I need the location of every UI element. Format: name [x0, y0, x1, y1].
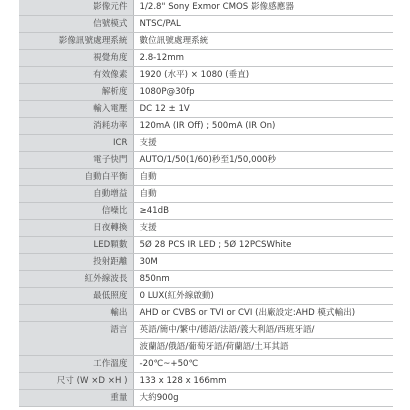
spec-row-image-sensor: 影像元件 1/2.8" Sony Exmor CMOS 影像感應器	[19, 0, 393, 16]
spec-value: NTSC/PAL	[133, 16, 393, 33]
spec-label: LED顆數	[19, 237, 133, 254]
spec-value: 2.8-12mm	[133, 50, 393, 67]
spec-label: 最低照度	[19, 288, 133, 305]
spec-value: -20℃~+50℃	[133, 356, 393, 373]
spec-value: 850nm	[133, 271, 393, 288]
spec-row-electronic-shutter: 電子快門 AUTO/1/50(1/60)秒至1/50,000秒	[19, 152, 393, 169]
spec-label: 紅外線波長	[19, 271, 133, 288]
spec-label: 輸出	[19, 305, 133, 322]
spec-label: 投射距離	[19, 254, 133, 271]
spec-value: 30M	[133, 254, 393, 271]
spec-value: 1/2.8" Sony Exmor CMOS 影像感應器	[133, 0, 393, 16]
spec-row-view-angle: 視覺角度 2.8-12mm	[19, 50, 393, 67]
spec-label: 自動白平衡	[19, 169, 133, 186]
spec-label: 尺寸 (W ×D ×H )	[19, 373, 133, 390]
spec-table: 影像元件 1/2.8" Sony Exmor CMOS 影像感應器 信號模式 N…	[19, 0, 393, 407]
spec-value: AHD or CVBS or TVI or CVI (出廠設定:AHD 模式輸出…	[133, 305, 393, 322]
spec-value: 0 LUX(紅外線啟動)	[133, 288, 393, 305]
spec-row-icr: ICR 支援	[19, 135, 393, 152]
spec-label: 有效像素	[19, 67, 133, 84]
spec-label: 影像訊號處理系統	[19, 33, 133, 50]
spec-row-min-illumination: 最低照度 0 LUX(紅外線啟動)	[19, 288, 393, 305]
spec-value: DC 12 ± 1V	[133, 101, 393, 118]
spec-value-line-1: 英語/簡中/繁中/德語/法語/義大利語/西班牙語/	[133, 322, 393, 339]
spec-row-auto-gain: 自動增益 自動	[19, 186, 393, 203]
spec-label: 信噪比	[19, 203, 133, 220]
spec-value: 支援	[133, 135, 393, 152]
spec-value: 自動	[133, 186, 393, 203]
spec-label: 電子快門	[19, 152, 133, 169]
spec-value: 1080P@30fp	[133, 84, 393, 101]
spec-label: 影像元件	[19, 0, 133, 16]
spec-row-snr: 信噪比 ≥41dB	[19, 203, 393, 220]
spec-value-line-2: 波蘭語/俄語/葡萄牙語/荷蘭語/土耳其語	[133, 339, 393, 356]
spec-row-output: 輸出 AHD or CVBS or TVI or CVI (出廠設定:AHD 模…	[19, 305, 393, 322]
spec-label: 解析度	[19, 84, 133, 101]
spec-label: 消耗功率	[19, 118, 133, 135]
spec-value: 大約900g	[133, 390, 393, 407]
spec-value: 1920 (水平) × 1080 (垂直)	[133, 67, 393, 84]
spec-label: 輸入電壓	[19, 101, 133, 118]
spec-row-weight: 重量 大約900g	[19, 390, 393, 407]
spec-label: 語言	[19, 322, 133, 356]
spec-value: 120mA (IR Off) ; 500mA (IR On)	[133, 118, 393, 135]
spec-value: 數位訊號處理系統	[133, 33, 393, 50]
spec-row-dimensions: 尺寸 (W ×D ×H ) 133 x 128 x 166mm	[19, 373, 393, 390]
spec-row-ir-distance: 投射距離 30M	[19, 254, 393, 271]
spec-row-effective-pixels: 有效像素 1920 (水平) × 1080 (垂直)	[19, 67, 393, 84]
spec-row-resolution: 解析度 1080P@30fp	[19, 84, 393, 101]
spec-label: 自動增益	[19, 186, 133, 203]
spec-label: 信號模式	[19, 16, 133, 33]
spec-value: ≥41dB	[133, 203, 393, 220]
spec-label: 工作溫度	[19, 356, 133, 373]
spec-label: ICR	[19, 135, 133, 152]
spec-value: 支援	[133, 220, 393, 237]
spec-row-white-balance: 自動白平衡 自動	[19, 169, 393, 186]
spec-row-input-voltage: 輸入電壓 DC 12 ± 1V	[19, 101, 393, 118]
spec-label: 視覺角度	[19, 50, 133, 67]
spec-value: 自動	[133, 169, 393, 186]
spec-row-signal-mode: 信號模式 NTSC/PAL	[19, 16, 393, 33]
spec-label: 日夜轉換	[19, 220, 133, 237]
spec-row-led-count: LED顆數 5Ø 28 PCS IR LED ; 5Ø 12PCSWhite	[19, 237, 393, 254]
spec-row-ir-wavelength: 紅外線波長 850nm	[19, 271, 393, 288]
spec-row-operating-temp: 工作溫度 -20℃~+50℃	[19, 356, 393, 373]
spec-row-day-night: 日夜轉換 支援	[19, 220, 393, 237]
spec-row-power-consumption: 消耗功率 120mA (IR Off) ; 500mA (IR On)	[19, 118, 393, 135]
spec-label: 重量	[19, 390, 133, 407]
spec-value: AUTO/1/50(1/60)秒至1/50,000秒	[133, 152, 393, 169]
spec-value: 5Ø 28 PCS IR LED ; 5Ø 12PCSWhite	[133, 237, 393, 254]
spec-value: 133 x 128 x 166mm	[133, 373, 393, 390]
spec-row-signal-processing: 影像訊號處理系統 數位訊號處理系統	[19, 33, 393, 50]
spec-row-language: 語言 英語/簡中/繁中/德語/法語/義大利語/西班牙語/	[19, 322, 393, 339]
